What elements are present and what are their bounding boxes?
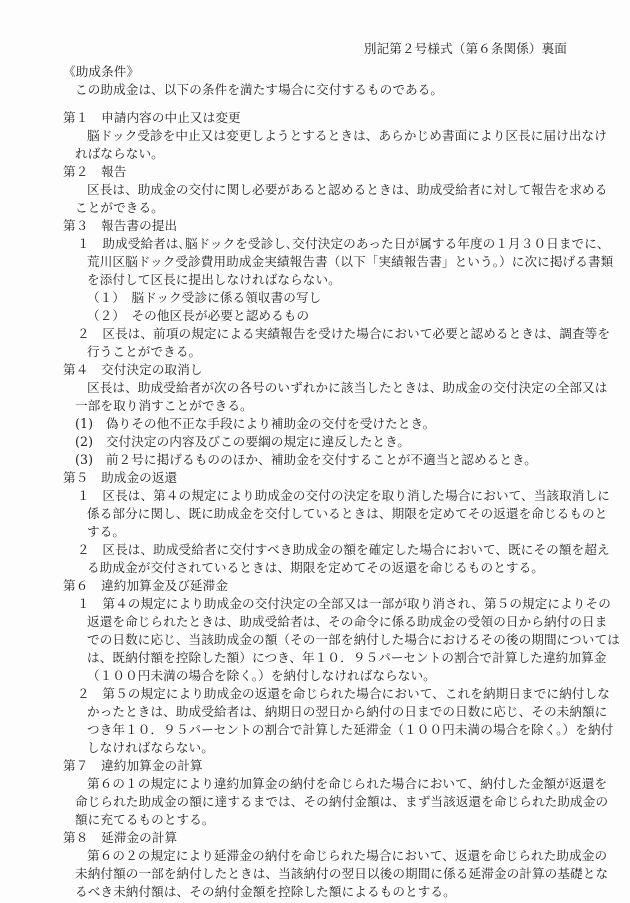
section-title: 《助成条件》 [63, 63, 139, 81]
body-line: （２） その他区長が必要と認めるもの [87, 307, 309, 325]
body-line: での日数に応じ、当該助成金の額（その一部を納付した場合におけるその後の期間につい… [87, 631, 620, 649]
body-line: る助成金が交付されているときは、期限を定めてその返還を命じるものとする。 [87, 559, 544, 577]
body-line: しなければならない。 [87, 739, 214, 757]
body-line: るべき未納付額は、その納付金額を控除した額によるものとする。 [75, 883, 456, 901]
intro-text: この助成金は、以下の条件を満たす場合に交付するものである。 [75, 81, 443, 99]
body-line: 脳ドック受診を中止又は変更しようとするときは、あらかじめ書面により区長に届け出な… [87, 127, 607, 145]
article-heading: 第７ 違約加算金の計算 [63, 757, 203, 775]
body-line: 区長は、助成金の交付に関し必要があると認めるときは、助成受給者に対して報告を求め… [87, 181, 607, 199]
article-heading: 第５ 助成金の返還 [63, 469, 177, 487]
body-line: (2) 交付決定の内容及びこの要綱の規定に違反したとき。 [75, 433, 410, 451]
body-line: 一部を取り消すことができる。 [75, 397, 253, 415]
body-line: （１） 脳ドック受診に係る領収書の写し [87, 289, 321, 307]
article-heading: 第６の２の規定により延滞金の納付を命じられた場合において、返還を命じられた助成金… [87, 847, 607, 865]
article-heading: 第４ 交付決定の取消し [63, 361, 203, 379]
body-line: （１００円未満の場合を除く。）を納付しなければならない。 [87, 667, 436, 685]
article-heading: 第２ 報告 [63, 163, 126, 181]
body-line: 額に充てるものとする。 [75, 811, 215, 829]
body-line: １ 区長は、第４の規定により助成金の交付の決定を取り消した場合において、当該取消… [77, 487, 610, 505]
article-heading: 第６の１の規定により違約加算金の納付を命じられた場合において、納付した金額が返還… [87, 775, 607, 793]
body-line: ればならない。 [75, 145, 164, 163]
body-line: を添付して区長に提出しなければならない。 [87, 271, 341, 289]
body-line: かったときは、助成受給者は、納期日の翌日から納付の日までの日数に応じ、その未納額… [87, 703, 607, 721]
body-line: 荒川区脳ドック受診費用助成金実績報告書（以下「実績報告書」という。）に次に掲げる… [87, 253, 613, 271]
body-line: １ 第４の規定により助成金の交付決定の全部又は一部が取り消され、第５の規定により… [77, 595, 611, 613]
form-id: 別記第２号様式（第６条関係）裏面 [364, 40, 567, 58]
article-heading: 第８ 延滞金の計算 [63, 829, 177, 847]
article-heading: 第３ 報告書の提出 [63, 217, 177, 235]
body-line: １ 助成受給者は､脳ドックを受診し､交付決定のあった日が属する年度の１月３０日ま… [77, 235, 610, 253]
body-line: 命じられた助成金の額に達するまでは、その納付金額は、まず当該返還を命じられた助成… [75, 793, 608, 811]
body-line: つき年１０．９５パーセントの割合で計算した延滞金（１００円未満の場合を除く。）を… [87, 721, 613, 739]
body-line: 行うことができる。 [87, 343, 201, 361]
body-line: 未納付額の一部を納付したときは、当該納付の翌日以後の期間に係る延滞金の計算の基礎… [75, 865, 608, 883]
body-line: 区長は、助成受給者が次の各号のいずれかに該当したときは、助成金の交付決定の全部又… [87, 379, 607, 397]
body-line: は、既納付額を控除した額）につき、年１０．９５パーセントの割合で計算した違約加算… [87, 649, 606, 667]
body-line: する。 [87, 523, 125, 541]
body-line: ２ 区長は、助成受給者に交付すべき助成金の額を確定した場合において、既にその額を… [77, 541, 610, 559]
body-line: ことができる。 [75, 199, 164, 217]
body-line: (3) 前２号に掲げるもののほか、補助金を交付することが不適当と認めるとき。 [75, 451, 537, 469]
body-line: ２ 第５の規定により助成金の返還を命じられた場合において、これを納期日までに納付… [77, 685, 610, 703]
article-heading: 第６ 違約加算金及び延滞金 [63, 577, 228, 595]
body-line: 返還を命じられたときは、助成受給者は、その命令に係る助成金の受領の日から納付の日… [87, 613, 607, 631]
document-page: 別記第２号様式（第６条関係）裏面 《助成条件》 この助成金は、以下の条件を満たす… [0, 0, 630, 903]
article-heading: 第１ 申請内容の中止又は変更 [63, 109, 241, 127]
body-line: 係る部分に関し、既に助成金を交付しているときは、期限を定めてその返還を命じるもの… [87, 505, 607, 523]
body-line: ２ 区長は、前項の規定による実績報告を受けた場合において必要と認めるときは、調査… [77, 325, 610, 343]
body-line: (1) 偽りその他不正な手段により補助金の交付を受けたとき。 [75, 415, 435, 433]
